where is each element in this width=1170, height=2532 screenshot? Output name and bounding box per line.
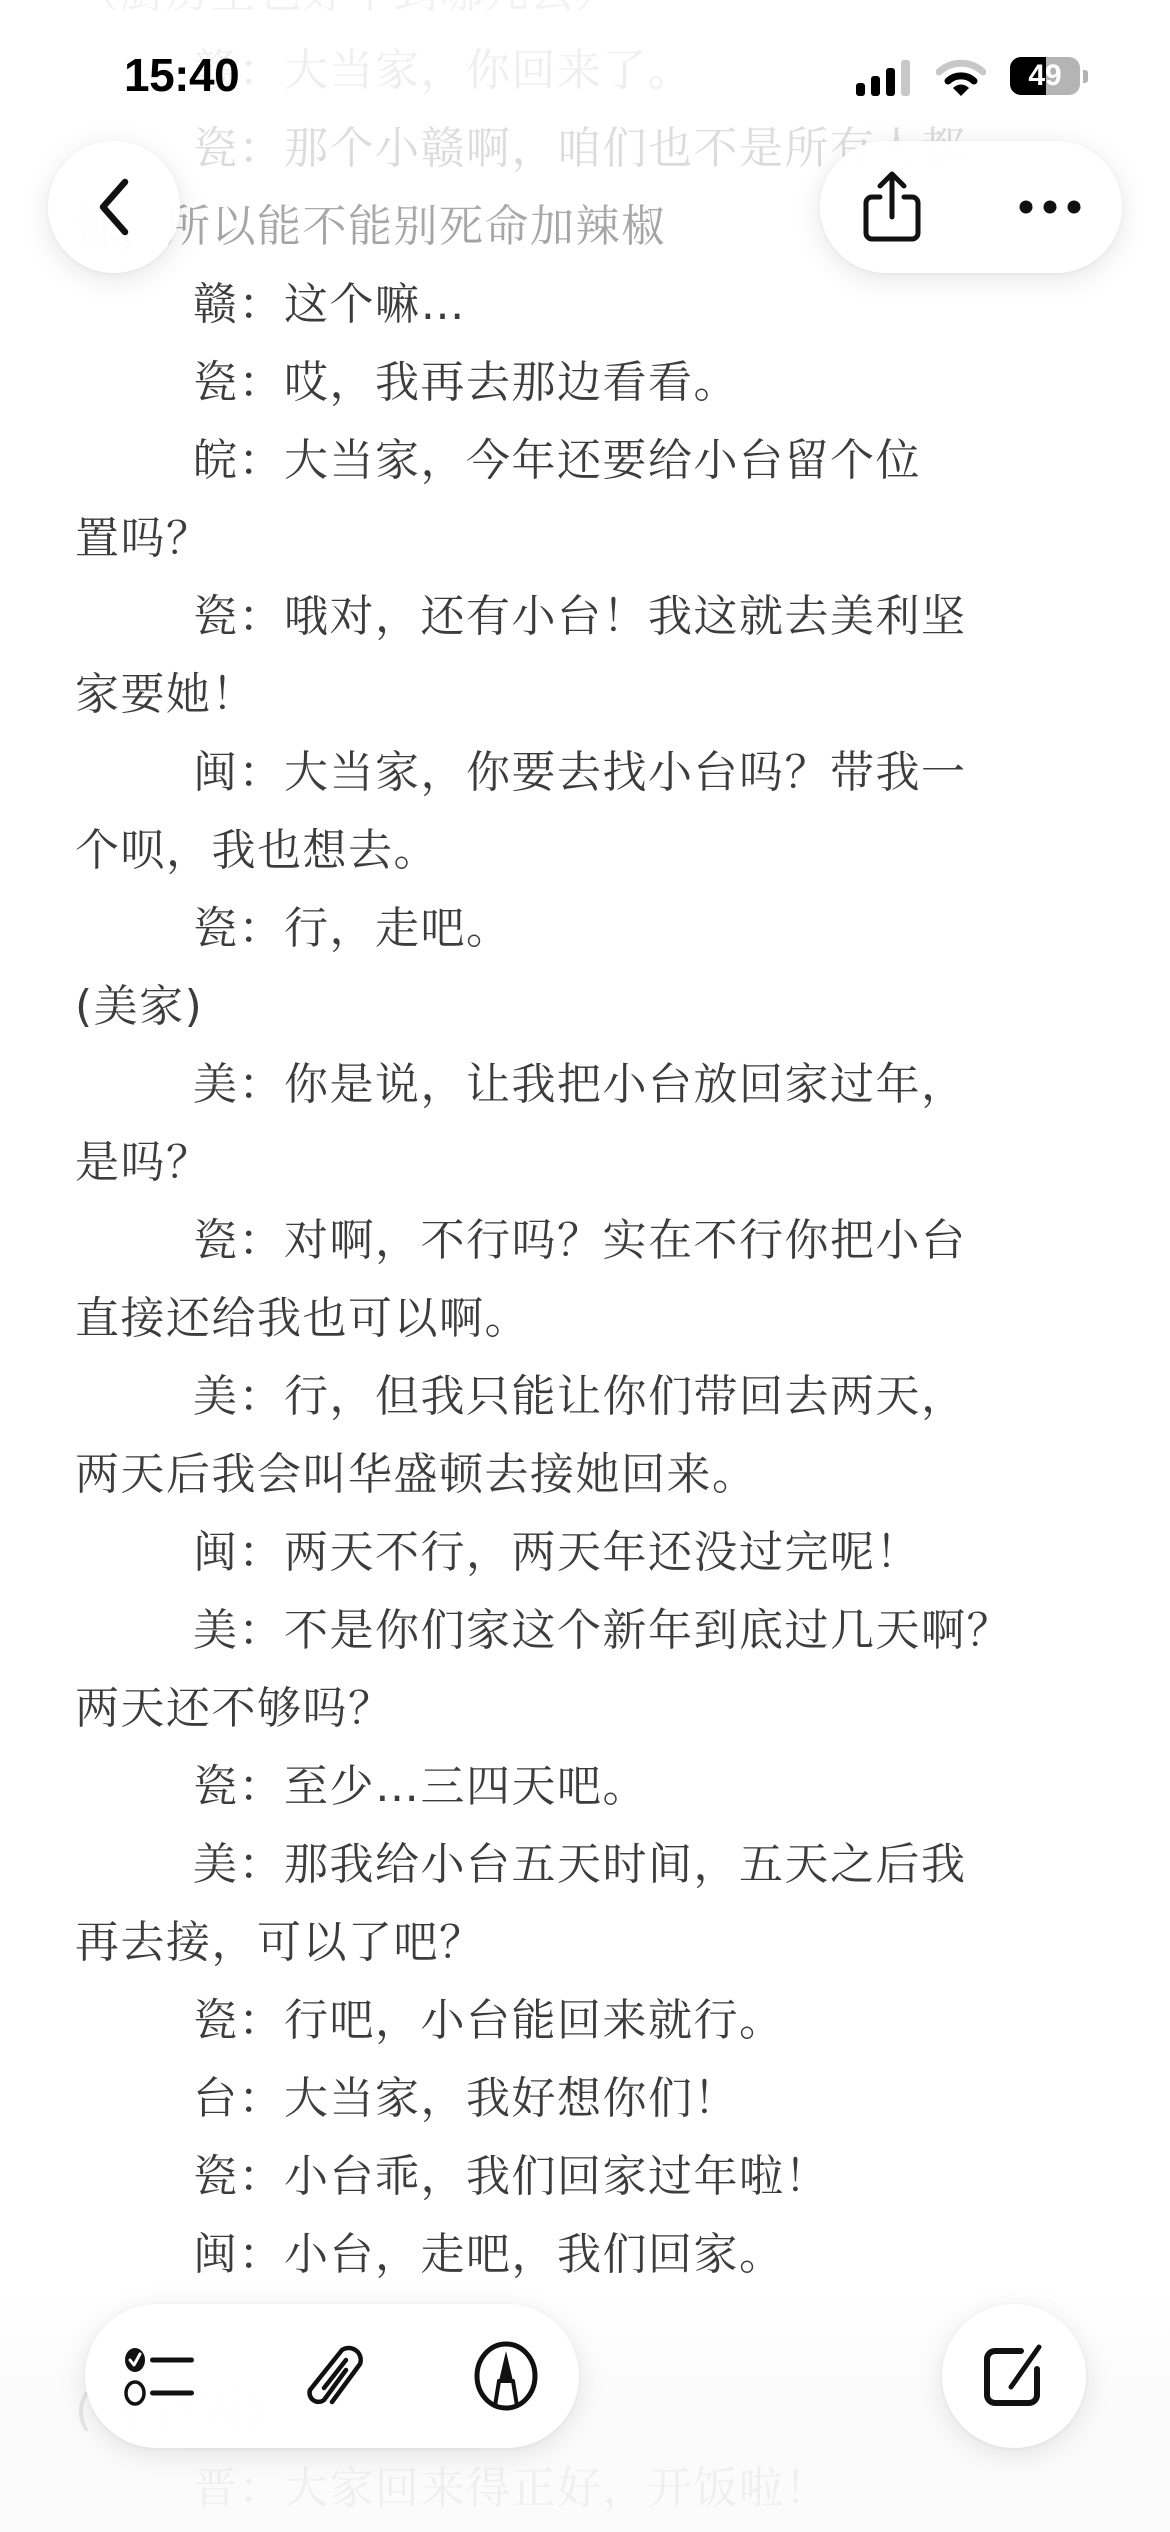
checklist-icon[interactable] (123, 2344, 197, 2408)
battery-nub (1083, 70, 1088, 83)
note-line: 两天后我会叫华盛顿去接她回来。 (75, 1436, 758, 1514)
note-line: 闽：小台，走吧，我们回家。 (193, 2216, 785, 2294)
note-line: 家要她！ (75, 656, 257, 734)
note-line: 闽：两天不行，两天年还没过完呢！ (193, 1514, 921, 1592)
battery-percent: 49 (1010, 57, 1080, 95)
note-line: 是吗？ (75, 1124, 212, 1202)
note-line: 美：不是你们家这个新年到底过几天啊？ (193, 1592, 1012, 1670)
markup-pen-icon[interactable] (473, 2341, 539, 2411)
note-line: 瓷：行吧，小台能回来就行。 (193, 1982, 785, 2060)
note-line: 置吗？ (75, 500, 212, 578)
wifi-icon (936, 58, 986, 98)
note-line: 皖：大当家，今年还要给小台留个位 (193, 422, 921, 500)
note-line: 个呗，我也想去。 (75, 812, 439, 890)
note-line: 美：行，但我只能让你们带回去两天， (193, 1358, 967, 1436)
note-line: 瓷：小台乖，我们回家过年啦！ (193, 2138, 830, 2216)
note-line: 直接还给我也可以啊。 (75, 1280, 530, 1358)
status-time: 15:40 (124, 48, 239, 102)
note-line: (美家) (75, 968, 203, 1046)
note-line: 美：那我给小台五天时间，五天之后我 (193, 1826, 967, 1904)
top-actions-pill (820, 141, 1122, 273)
back-button[interactable] (48, 141, 180, 273)
note-line: 美：你是说，让我把小台放回家过年， (193, 1046, 967, 1124)
compose-icon (981, 2343, 1047, 2409)
note-line: 瓷：至少…三四天吧。 (193, 1748, 648, 1826)
note-line: 瓷：哎，我再去那边看看。 (193, 344, 739, 422)
status-bar: 15:40 49 (0, 0, 1170, 140)
note-line: 闽：大当家，你要去找小台吗？带我一 (193, 734, 967, 812)
note-line: 晋：大家回来得正好，开饭啦！ (193, 2450, 830, 2528)
note-line: 赣：这个嘛… (193, 266, 466, 344)
note-line: 瓷：哦对，还有小台！我这就去美利坚 (193, 578, 967, 656)
note-line: 两天还不够吗？ (75, 1670, 394, 1748)
cellular-signal-icon (856, 60, 912, 96)
chevron-left-icon (94, 177, 134, 237)
note-line: 台：大当家，我好想你们！ (193, 2060, 739, 2138)
compose-button[interactable] (942, 2304, 1086, 2448)
note-body[interactable]: （厨房里也好不到哪儿去）赣：大当家，你回来了。瓷：那个小赣啊，咱们也不是所有人都… (0, 0, 1170, 2532)
bottom-toolbar (85, 2304, 579, 2448)
note-line: 瓷：对啊，不行吗？实在不行你把小台 (193, 1202, 967, 1280)
ellipsis-icon[interactable] (1018, 199, 1082, 215)
note-line: 再去接，可以了吧？ (75, 1904, 485, 1982)
paperclip-icon[interactable] (302, 2340, 368, 2412)
note-line: 瓷：行，走吧。 (193, 890, 512, 968)
share-icon[interactable] (860, 169, 924, 245)
battery-icon: 49 (1010, 57, 1080, 95)
